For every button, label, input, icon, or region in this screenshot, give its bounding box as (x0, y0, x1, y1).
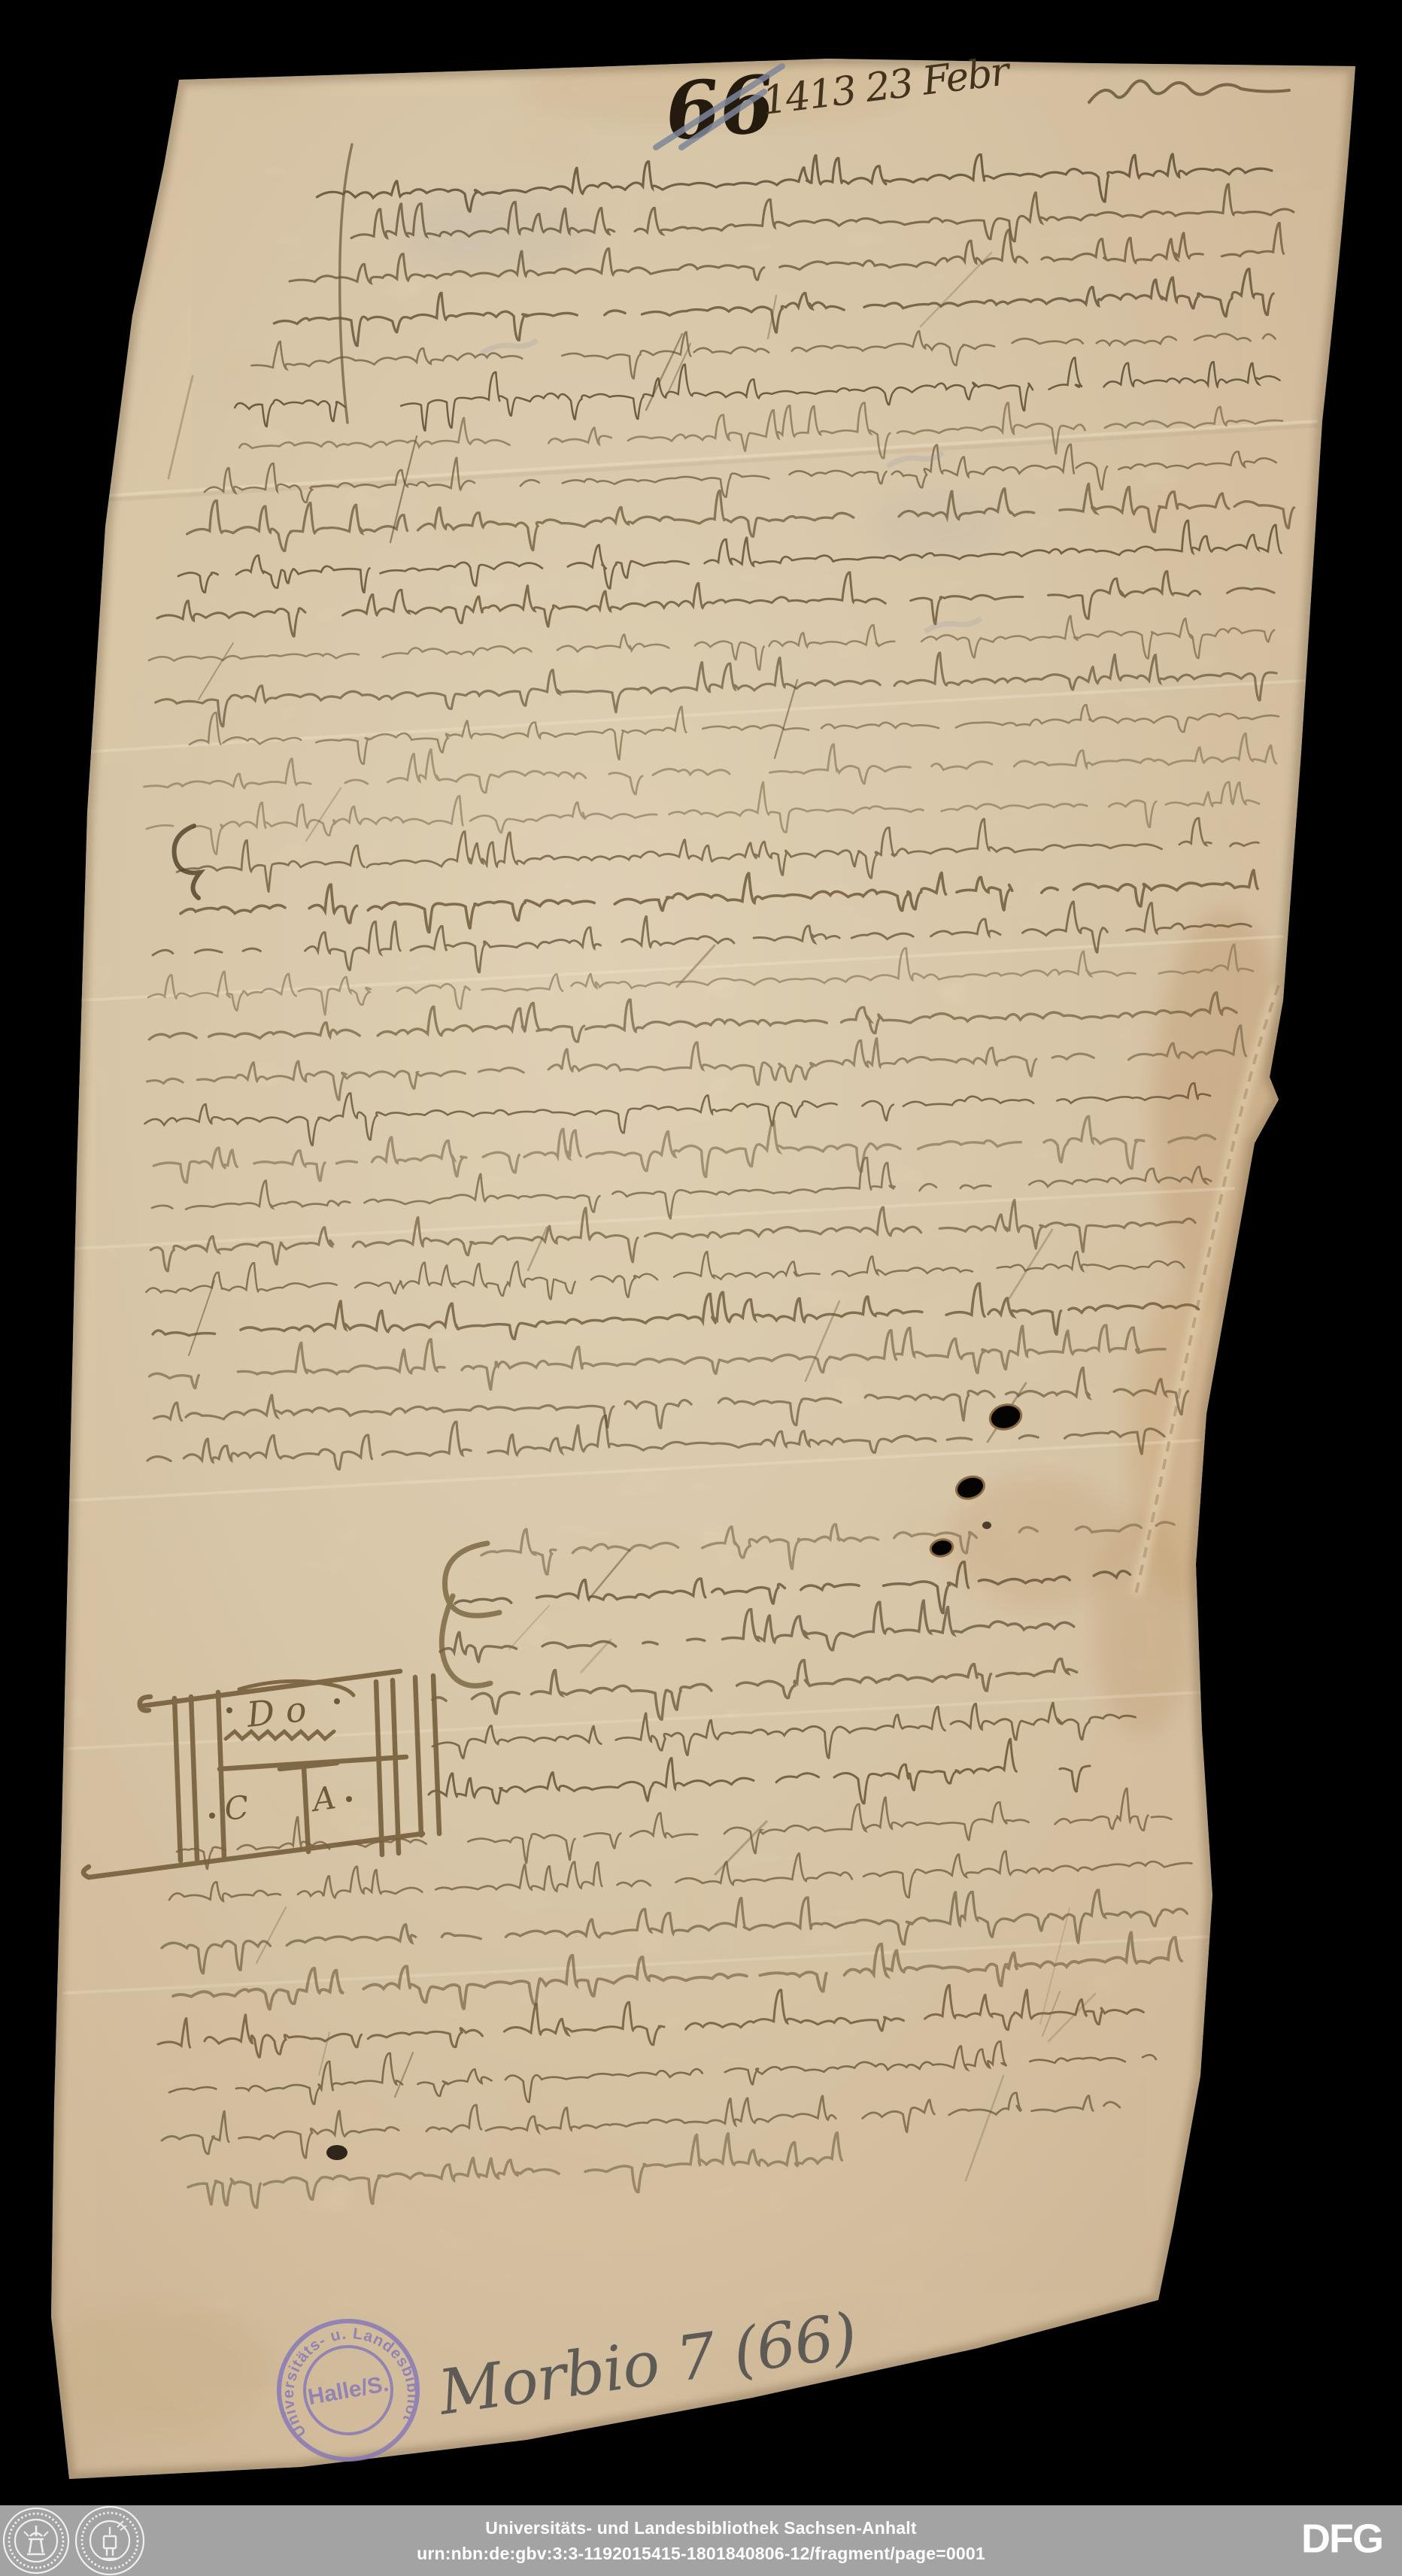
manuscript-scan-page: 66 1413 23 Febr D o C A (0, 0, 1402, 2576)
notary-letter-c: C (223, 1789, 250, 1828)
notary-letters-top: D o (244, 1689, 308, 1735)
footer-bar: Universitäts- und Landesbibliothek Sachs… (0, 2505, 1402, 2576)
institution-name: Universitäts- und Landesbibliothek Sachs… (485, 2518, 916, 2538)
urn-identifier: urn:nbn:de:gbv:3:3-1192015415-1801840806… (417, 2544, 985, 2564)
footer-credit: Universitäts- und Landesbibliothek Sachs… (0, 2505, 1402, 2576)
dfg-logo: DFG (1301, 2516, 1382, 2562)
parchment-scan: 66 1413 23 Febr D o C A (0, 0, 1402, 2576)
